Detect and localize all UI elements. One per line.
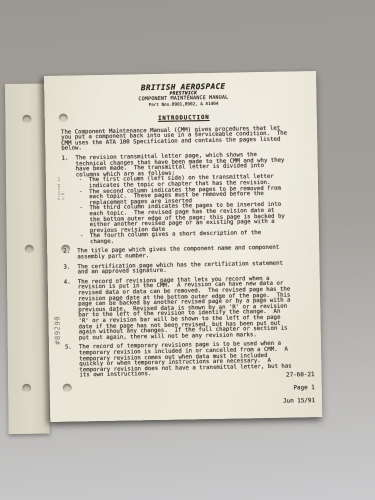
list-item-1: 1. The revision transmittal letter page,…	[61, 152, 309, 246]
item-number: 5.	[65, 346, 80, 380]
item-text: The certification page which has the cer…	[77, 261, 309, 276]
handwritten-inventory-number: #89290	[53, 301, 62, 345]
ata-chapter-number: 27-60-21	[283, 372, 315, 379]
page-number: Page 1	[283, 385, 315, 392]
photo-background: Printed in U.K. #89290 BRITISH AEROSPACE…	[0, 0, 375, 500]
bullet-item: - The fourth column gives a short descri…	[77, 230, 309, 245]
page-header: BRITISH AEROSPACE PRESTWICK COMPONENT MA…	[60, 81, 306, 109]
item-text: The record of temporary revisions page i…	[79, 342, 312, 380]
list-item-3: 3. The certification page which has the …	[63, 261, 309, 277]
punch-hole	[25, 245, 34, 254]
section-title: INTRODUCTION	[61, 113, 307, 124]
document-page: Printed in U.K. #89290 BRITISH AEROSPACE…	[44, 71, 322, 422]
back-sheet	[5, 84, 50, 434]
item-number: 4.	[64, 280, 79, 342]
revision-date: Jun 15/91	[283, 398, 315, 405]
bullet-item: - The third column indicates the pages t…	[76, 202, 308, 234]
page-footer: 27-60-21 Page 1 Jun 15/91	[283, 372, 316, 411]
list-item-4: 4. The record of revisions page that let…	[64, 276, 311, 342]
bullet-dash: -	[76, 207, 90, 235]
item-text: The record of revisions page that lets y…	[78, 276, 311, 342]
bullet-dash: -	[76, 190, 89, 207]
punch-hole	[22, 384, 31, 393]
bullet-text: The fourth column gives a short descript…	[90, 231, 261, 245]
bullet-dash: -	[77, 234, 90, 245]
list-item-5: 5. The record of temporary revisions pag…	[65, 342, 312, 380]
punch-hole	[22, 115, 31, 124]
item-number: 2.	[63, 250, 77, 261]
intro-paragraph: The Component Maintenance Manual (CMM) g…	[61, 126, 307, 153]
item-1-bullets: - The first column (left side) on the tr…	[76, 175, 309, 246]
item-number: 3.	[63, 265, 77, 276]
punch-hole	[63, 384, 72, 393]
list-item-2: 2. The title page which gives the compon…	[63, 246, 309, 262]
page-content: BRITISH AEROSPACE PRESTWICK COMPONENT MA…	[60, 81, 311, 379]
bullet-dash: -	[76, 179, 89, 190]
item-text: The title page which gives the component…	[77, 246, 309, 261]
